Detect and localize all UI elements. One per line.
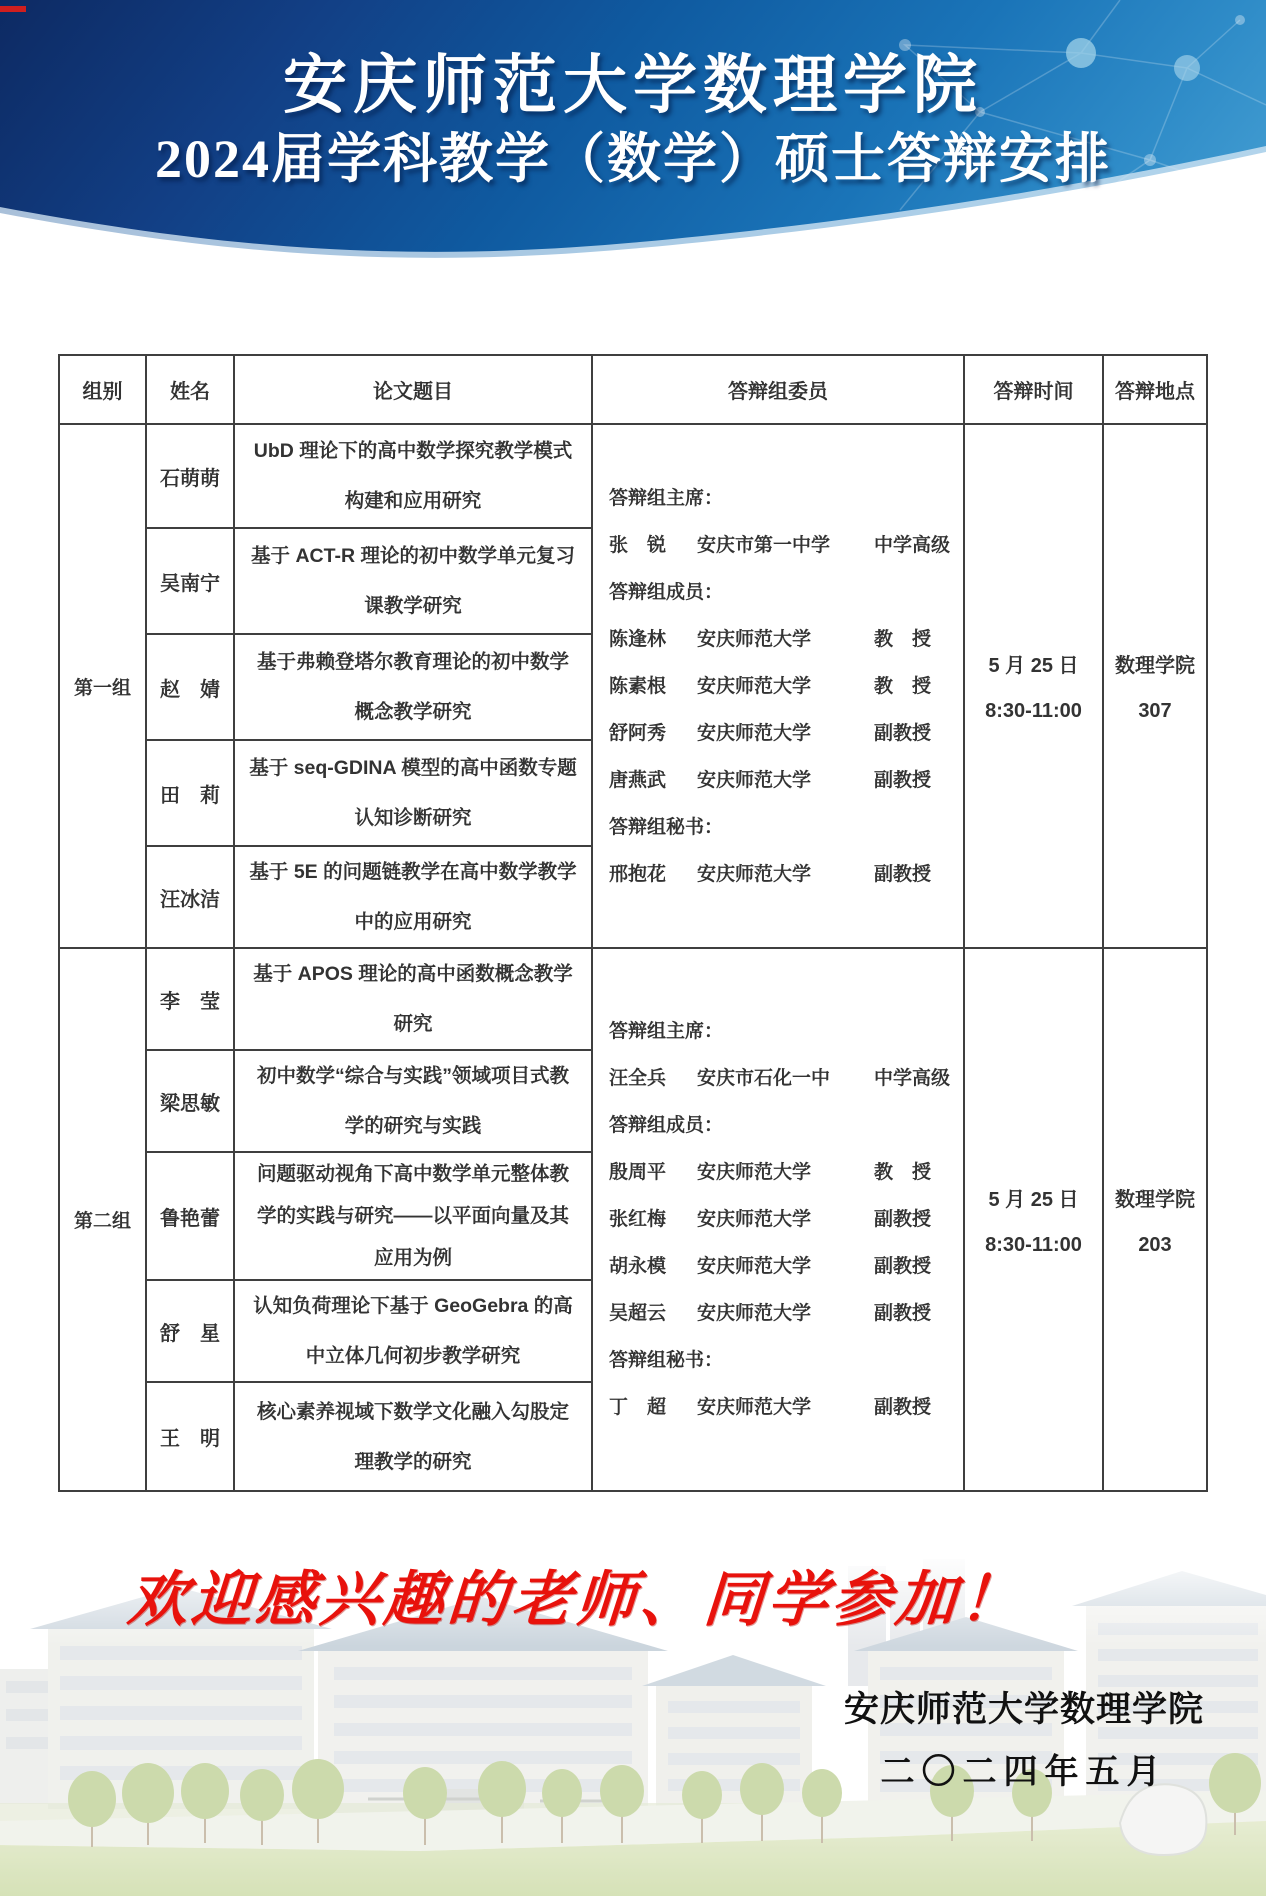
group-label-cell: 第二组 <box>59 948 146 1491</box>
committee-member: 邢抱花安庆师范大学副教授 <box>609 851 963 898</box>
committee-heading: 答辩组成员： <box>609 569 963 616</box>
location-room: 307 <box>1138 700 1171 723</box>
committee-heading: 答辩组主席： <box>609 475 963 522</box>
committee-member: 唐燕武安庆师范大学副教授 <box>609 757 963 804</box>
thesis-title-cell: 基于 5E 的问题链教学在高中数学教学中的应用研究 <box>234 846 592 948</box>
thesis-title-cell: 基于弗赖登塔尔教育理论的初中数学概念教学研究 <box>234 634 592 740</box>
col-header-group: 组别 <box>59 355 146 424</box>
defense-hours: 8:30-11:00 <box>985 700 1082 723</box>
student-name-cell: 吴南宁 <box>146 528 234 634</box>
table-row: 第二组 李 莹 基于 APOS 理论的高中函数概念教学研究 答辩组主席： 汪全兵… <box>59 948 1207 1050</box>
committee-member: 舒阿秀安庆师范大学副教授 <box>609 710 963 757</box>
group-label-cell: 第一组 <box>59 424 146 948</box>
student-name-cell: 石萌萌 <box>146 424 234 528</box>
student-name-cell: 舒 星 <box>146 1280 234 1382</box>
col-header-time: 答辩时间 <box>964 355 1103 424</box>
student-name-cell: 田 莉 <box>146 740 234 846</box>
committee-member: 张 锐安庆市第一中学中学高级 <box>609 522 963 569</box>
committee-member: 陈素根安庆师范大学教 授 <box>609 663 963 710</box>
thesis-title-cell: 核心素养视域下数学文化融入勾股定理教学的研究 <box>234 1382 592 1491</box>
col-header-thesis-title: 论文题目 <box>234 355 592 424</box>
committee-member: 陈逢林安庆师范大学教 授 <box>609 616 963 663</box>
committee-heading: 答辩组主席： <box>609 1008 963 1055</box>
committee-heading: 答辩组秘书： <box>609 804 963 851</box>
defense-schedule-table: 组别 姓名 论文题目 答辩组委员 答辩时间 答辩地点 第一组 石萌萌 UbD 理… <box>58 354 1208 1492</box>
time-cell: 5 月 25 日8:30-11:00 <box>964 948 1103 1491</box>
committee-member: 殷周平安庆师范大学教 授 <box>609 1149 963 1196</box>
time-cell: 5 月 25 日8:30-11:00 <box>964 424 1103 948</box>
col-header-location: 答辩地点 <box>1103 355 1207 424</box>
thesis-title-cell: 初中数学“综合与实践”领域项目式教学的研究与实践 <box>234 1050 592 1152</box>
poster-title-line2: 2024届学科教学（数学）硕士答辩安排 <box>0 116 1266 193</box>
location-building: 数理学院 <box>1115 1183 1195 1212</box>
table-header-row: 组别 姓名 论文题目 答辩组委员 答辩时间 答辩地点 <box>59 355 1207 424</box>
committee-member: 胡永模安庆师范大学副教授 <box>609 1243 963 1290</box>
location-room: 203 <box>1138 1234 1171 1257</box>
committee-heading: 答辩组成员： <box>609 1102 963 1149</box>
student-name-cell: 赵 婧 <box>146 634 234 740</box>
col-header-committee: 答辩组委员 <box>592 355 964 424</box>
student-name-cell: 鲁艳蕾 <box>146 1152 234 1280</box>
red-accent-mark <box>0 6 26 12</box>
committee-heading: 答辩组秘书： <box>609 1337 963 1384</box>
committee-member: 汪全兵安庆市石化一中中学高级 <box>609 1055 963 1102</box>
signature-block: 安庆师范大学数理学院 二〇二四年五月 <box>842 1682 1206 1793</box>
student-name-cell: 李 莹 <box>146 948 234 1050</box>
defense-date: 5 月 25 日 <box>988 1183 1078 1212</box>
location-cell: 数理学院203 <box>1103 948 1207 1491</box>
thesis-title-cell: 认知负荷理论下基于 GeoGebra 的高中立体几何初步教学研究 <box>234 1280 592 1382</box>
defense-poster: 安庆师范大学数理学院 2024届学科教学（数学）硕士答辩安排 组别 姓名 论文题… <box>0 0 1266 1896</box>
thesis-title-cell: 问题驱动视角下高中数学单元整体教学的实践与研究——以平面向量及其应用为例 <box>234 1152 592 1280</box>
col-header-name: 姓名 <box>146 355 234 424</box>
committee-cell: 答辩组主席： 汪全兵安庆市石化一中中学高级 答辩组成员： 殷周平安庆师范大学教 … <box>592 948 964 1491</box>
committee-member: 丁 超安庆师范大学副教授 <box>609 1384 963 1431</box>
header-banner: 安庆师范大学数理学院 2024届学科教学（数学）硕士答辩安排 <box>0 0 1266 266</box>
thesis-title-cell: 基于 APOS 理论的高中函数概念教学研究 <box>234 948 592 1050</box>
location-cell: 数理学院307 <box>1103 424 1207 948</box>
student-name-cell: 梁思敏 <box>146 1050 234 1152</box>
defense-hours: 8:30-11:00 <box>985 1234 1082 1257</box>
committee-list: 答辩组主席： 张 锐安庆市第一中学中学高级 答辩组成员： 陈逢林安庆师范大学教 … <box>609 475 963 898</box>
committee-member: 吴超云安庆师范大学副教授 <box>609 1290 963 1337</box>
student-name-cell: 汪冰洁 <box>146 846 234 948</box>
table-row: 第一组 石萌萌 UbD 理论下的高中数学探究教学模式构建和应用研究 答辩组主席：… <box>59 424 1207 528</box>
committee-member: 张红梅安庆师范大学副教授 <box>609 1196 963 1243</box>
student-name-cell: 王 明 <box>146 1382 234 1491</box>
signature-date: 二〇二四年五月 <box>842 1744 1206 1793</box>
thesis-title-cell: UbD 理论下的高中数学探究教学模式构建和应用研究 <box>234 424 592 528</box>
committee-cell: 答辩组主席： 张 锐安庆市第一中学中学高级 答辩组成员： 陈逢林安庆师范大学教 … <box>592 424 964 948</box>
thesis-title-cell: 基于 ACT-R 理论的初中数学单元复习课教学研究 <box>234 528 592 634</box>
defense-date: 5 月 25 日 <box>988 649 1078 678</box>
signature-college: 安庆师范大学数理学院 <box>842 1682 1206 1732</box>
location-building: 数理学院 <box>1115 649 1195 678</box>
welcome-text: 欢迎感兴趣的老师、同学参加！ <box>125 1552 1027 1638</box>
thesis-title-cell: 基于 seq-GDINA 模型的高中函数专题认知诊断研究 <box>234 740 592 846</box>
poster-title-line1: 安庆师范大学数理学院 <box>0 34 1266 126</box>
committee-list: 答辩组主席： 汪全兵安庆市石化一中中学高级 答辩组成员： 殷周平安庆师范大学教 … <box>609 1008 963 1431</box>
